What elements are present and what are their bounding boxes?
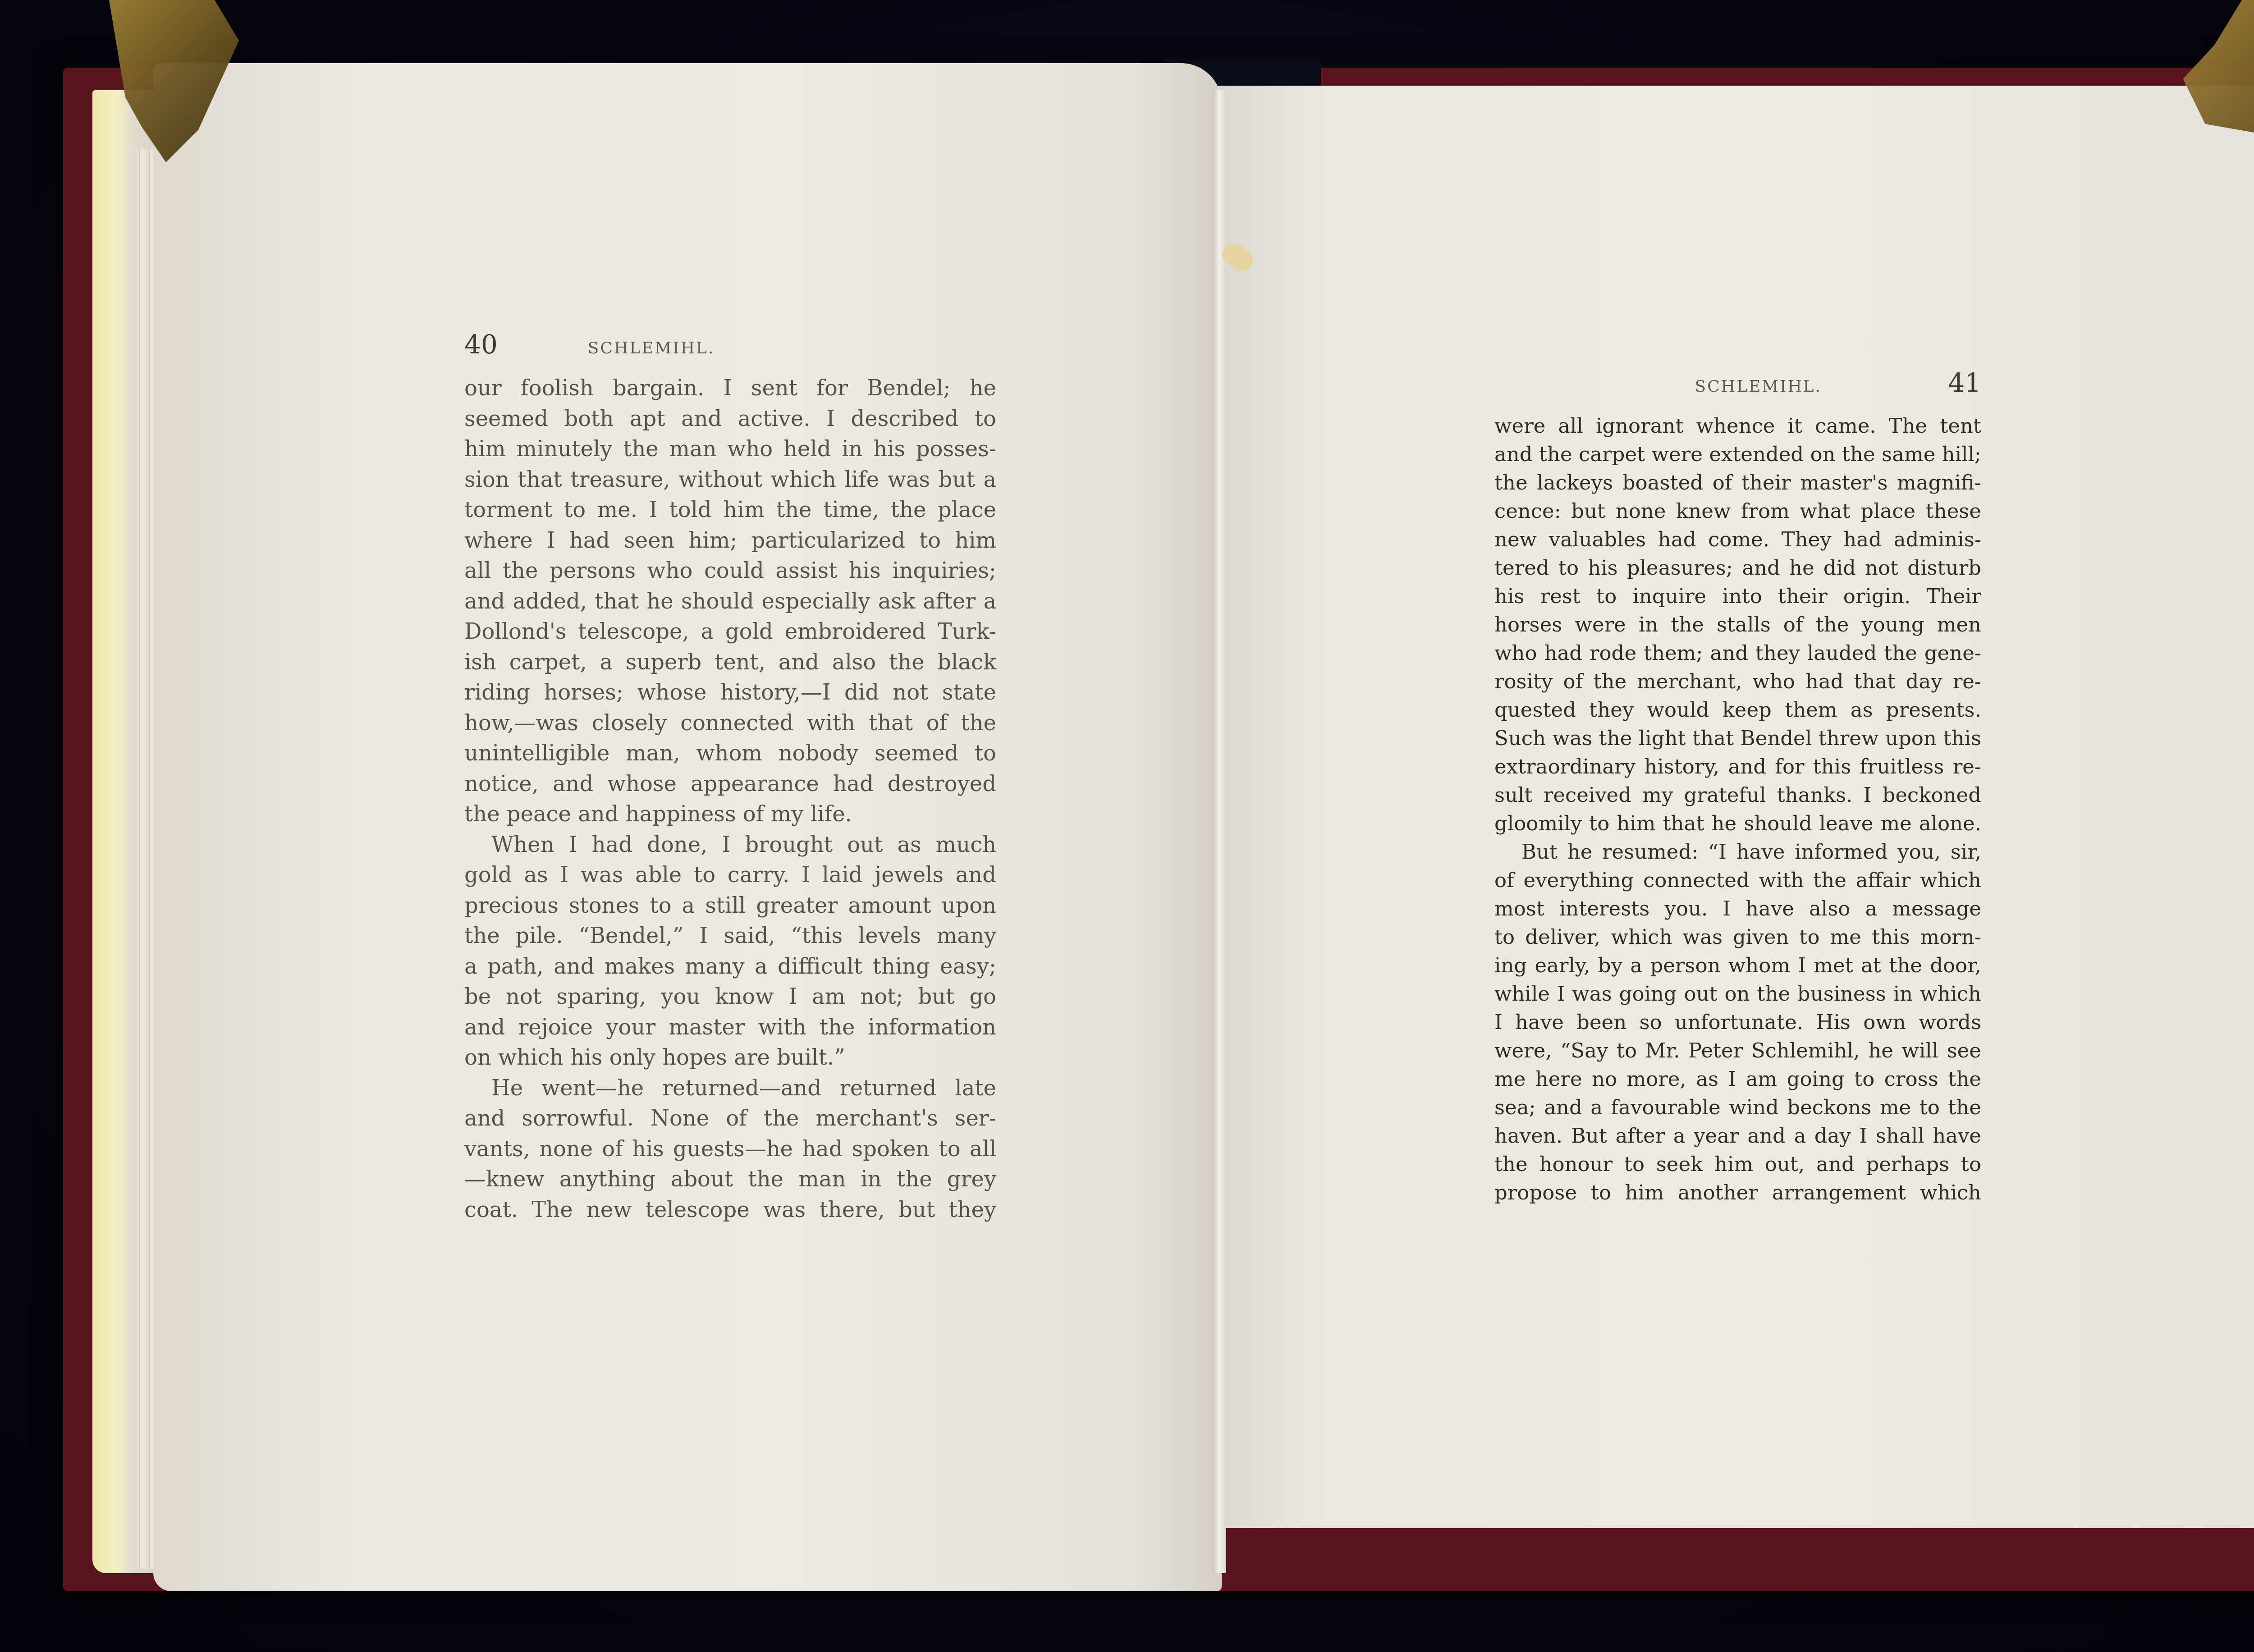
- text-line: unintelligible man, whom nobody seemed t…: [464, 738, 996, 769]
- text-line: and added, that he should especially ask…: [464, 586, 996, 617]
- text-line: to deliver, which was given to me this m…: [1494, 923, 1981, 951]
- text-line: ing early, by a person whom I met at the…: [1494, 951, 1981, 979]
- text-line: most interests you. I have also a messag…: [1494, 894, 1981, 923]
- text-line: haven. But after a year and a day I shal…: [1494, 1121, 1981, 1150]
- text-line: and the carpet were extended on the same…: [1494, 440, 1981, 468]
- text-line: be not sparing, you know I am not; but g…: [464, 982, 996, 1012]
- text-line: the peace and happiness of my life.: [464, 799, 996, 830]
- text-line: precious stones to a still greater amoun…: [464, 891, 996, 921]
- text-line: the pile. “Bendel,” I said, “this levels…: [464, 921, 996, 952]
- text-line: the lackeys boasted of their master's ma…: [1494, 468, 1981, 497]
- text-line: I have been so unfortunate. His own word…: [1494, 1008, 1981, 1036]
- text-line: quested they would keep them as presents…: [1494, 696, 1981, 724]
- text-line: were, “Say to Mr. Peter Schlemihl, he wi…: [1494, 1036, 1981, 1065]
- text-line: on which his only hopes are built.”: [464, 1043, 996, 1073]
- right-page-text: SCHLEMIHL. 41 were all ignorant whence i…: [1494, 367, 1981, 1207]
- text-line: —knew anything about the man in the grey: [464, 1164, 996, 1195]
- text-line: his rest to inquire into their origin. T…: [1494, 582, 1981, 610]
- text-line: new valuables had come. They had adminis…: [1494, 525, 1981, 554]
- text-line: the honour to seek him out, and perhaps …: [1494, 1150, 1981, 1178]
- text-line: a path, and makes many a difficult thing…: [464, 952, 996, 982]
- text-line: propose to him another arrangement which: [1494, 1178, 1981, 1207]
- text-line: tered to his pleasures; and he did not d…: [1494, 554, 1981, 582]
- text-line: sea; and a favourable wind beckons me to…: [1494, 1093, 1981, 1121]
- text-line: who had rode them; and they lauded the g…: [1494, 639, 1981, 667]
- text-line: vants, none of his guests—he had spoken …: [464, 1134, 996, 1165]
- book-gutter: [1213, 90, 1226, 1573]
- text-line: But he resumed: “I have informed you, si…: [1494, 837, 1981, 866]
- page-number: 41: [1948, 367, 1981, 398]
- text-line: seemed both apt and active. I described …: [464, 404, 996, 435]
- text-line: where I had seen him; particularized to …: [464, 526, 996, 556]
- text-line: Dollond's telescope, a gold embroidered …: [464, 617, 996, 647]
- text-line: rosity of the merchant, who had that day…: [1494, 667, 1981, 696]
- text-line: how,—was closely connected with that of …: [464, 708, 996, 739]
- text-line: and rejoice your master with the informa…: [464, 1012, 996, 1043]
- text-line: our foolish bargain. I sent for Bendel; …: [464, 373, 996, 404]
- text-line: Such was the light that Bendel threw upo…: [1494, 724, 1981, 752]
- text-line: him minutely the man who held in his pos…: [464, 434, 996, 465]
- text-line: while I was going out on the business in…: [1494, 979, 1981, 1008]
- text-line: gold as I was able to carry. I laid jewe…: [464, 860, 996, 891]
- text-line: sion that treasure, without which life w…: [464, 465, 996, 495]
- text-line: cence: but none knew from what place the…: [1494, 497, 1981, 525]
- text-line: extraordinary history, and for this frui…: [1494, 752, 1981, 781]
- text-line: riding horses; whose history,—I did not …: [464, 677, 996, 708]
- text-line: were all ignorant whence it came. The te…: [1494, 412, 1981, 440]
- left-body-text: our foolish bargain. I sent for Bendel; …: [464, 373, 996, 1225]
- page-number: 40: [464, 329, 498, 360]
- text-line: and sorrowful. None of the merchant's se…: [464, 1103, 996, 1134]
- running-title: SCHLEMIHL.: [588, 339, 715, 357]
- right-running-head: SCHLEMIHL. 41: [1494, 367, 1981, 398]
- text-line: me here no more, as I am going to cross …: [1494, 1065, 1981, 1093]
- text-line: sult received my grateful thanks. I beck…: [1494, 781, 1981, 809]
- running-title: SCHLEMIHL.: [1695, 377, 1822, 396]
- text-line: torment to me. I told him the time, the …: [464, 495, 996, 526]
- text-line: horses were in the stalls of the young m…: [1494, 610, 1981, 639]
- text-line: notice, and whose appearance had destroy…: [464, 769, 996, 800]
- left-page-text: 40 SCHLEMIHL. our foolish bargain. I sen…: [464, 329, 996, 1225]
- text-line: He went—he returned—and returned late: [464, 1073, 996, 1104]
- text-line: all the persons who could assist his inq…: [464, 556, 996, 586]
- right-body-text: were all ignorant whence it came. The te…: [1494, 412, 1981, 1207]
- text-line: When I had done, I brought out as much: [464, 830, 996, 860]
- left-running-head: 40 SCHLEMIHL.: [464, 329, 996, 360]
- text-line: of everything connected with the affair …: [1494, 866, 1981, 894]
- text-line: coat. The new telescope was there, but t…: [464, 1195, 996, 1226]
- text-line: ish carpet, a superb tent, and also the …: [464, 647, 996, 678]
- text-line: gloomily to him that he should leave me …: [1494, 809, 1981, 837]
